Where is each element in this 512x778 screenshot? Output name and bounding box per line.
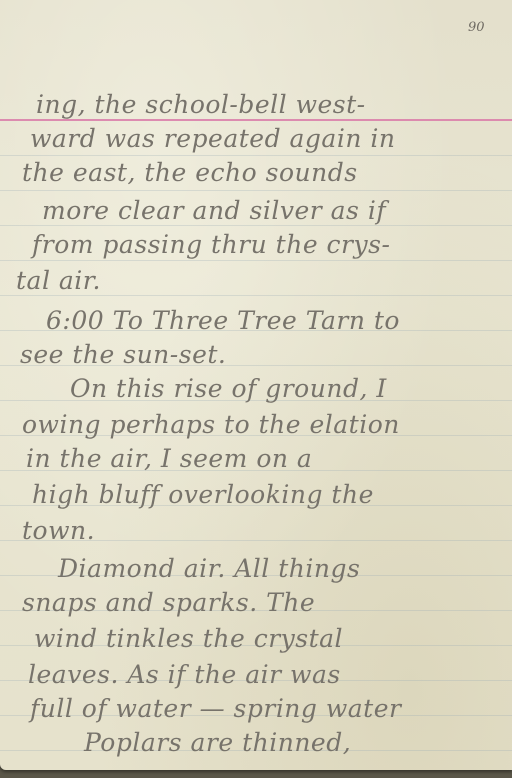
handwritten-line: see the sun-set.: [20, 340, 226, 369]
handwritten-line: more clear and silver as if: [42, 196, 386, 225]
handwritten-line: snaps and sparks. The: [22, 588, 315, 617]
ruled-line: [0, 295, 512, 296]
ruled-line: [0, 225, 512, 226]
handwritten-line: 6:00 To Three Tree Tarn to: [46, 306, 400, 335]
handwritten-line: Diamond air. All things: [58, 554, 360, 583]
handwritten-line: owing perhaps to the elation: [22, 410, 400, 439]
handwritten-line: high bluff overlooking the: [32, 480, 374, 509]
handwritten-line: the east, the echo sounds: [22, 158, 358, 187]
ruled-line: [0, 260, 512, 261]
handwritten-line: Poplars are thinned,: [84, 728, 351, 757]
journal-page: 90 ing, the school-bell west- ward was r…: [0, 0, 512, 770]
handwritten-line: in the air, I seem on a: [26, 444, 312, 473]
ruled-line: [0, 190, 512, 191]
handwritten-line: full of water — spring water: [30, 694, 401, 723]
handwritten-line: ward was repeated again in: [30, 124, 395, 153]
handwritten-line: wind tinkles the crystal: [34, 624, 343, 653]
handwritten-line: On this rise of ground, I: [70, 374, 387, 403]
handwritten-line: leaves. As if the air was: [28, 660, 341, 689]
header-margin-line: [0, 119, 512, 121]
handwritten-line: ing, the school-bell west-: [36, 90, 366, 119]
page-number: 90: [468, 20, 485, 35]
handwritten-line: from passing thru the crys-: [32, 230, 390, 259]
ruled-line: [0, 155, 512, 156]
handwritten-line: town.: [22, 516, 95, 545]
handwritten-line: tal air.: [16, 266, 101, 295]
